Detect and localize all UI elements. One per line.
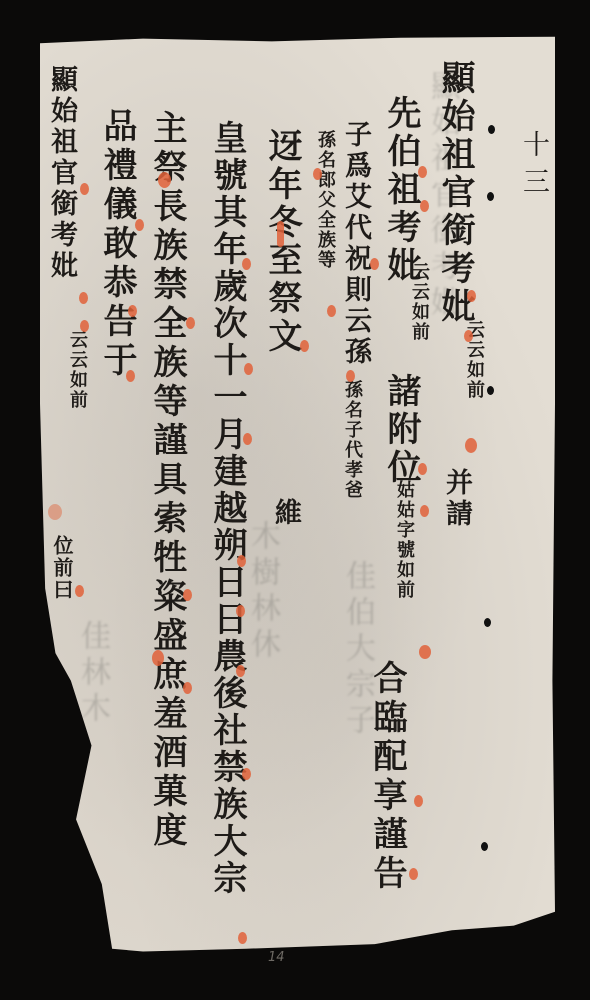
binding-hole [487, 386, 494, 395]
red-punctuation-mark [80, 183, 89, 195]
red-punctuation-mark [236, 605, 245, 617]
red-punctuation-mark [300, 340, 309, 352]
red-punctuation-mark [420, 505, 429, 517]
red-punctuation-mark [242, 768, 251, 780]
red-punctuation-mark [158, 172, 171, 188]
red-punctuation-mark [419, 645, 431, 659]
red-punctuation-mark [186, 317, 195, 329]
red-punctuation-mark [238, 932, 247, 944]
binding-hole [484, 618, 491, 627]
red-punctuation-mark [346, 370, 355, 382]
red-punctuation-mark [418, 166, 427, 178]
column-2-tail-end: 合臨配享謹告 [370, 660, 404, 894]
red-punctuation-mark [152, 650, 164, 666]
red-punctuation-mark [370, 258, 379, 270]
column-2-tail-main: 諸附位 [384, 373, 418, 487]
red-punctuation-mark [464, 330, 473, 342]
column-8-main: 品禮儀敢恭告于 [100, 108, 134, 381]
bleed-through-text: 佳林木 [70, 620, 114, 728]
red-punctuation-mark [183, 589, 192, 601]
binding-hole [488, 125, 495, 134]
red-punctuation-mark [420, 200, 429, 212]
red-punctuation-mark [327, 305, 336, 317]
red-punctuation-mark [243, 433, 252, 445]
red-punctuation-mark [313, 168, 322, 180]
red-punctuation-mark [79, 292, 88, 304]
red-punctuation-mark [75, 585, 84, 597]
binding-hole [487, 192, 494, 201]
column-3-note: 孫名子代孝爸 [343, 380, 361, 500]
column-3-main: 子爲艾代祝則云孫 [342, 120, 369, 368]
red-punctuation-mark [418, 463, 427, 475]
column-1-main: 顯始祖官銜考妣 [438, 60, 472, 326]
column-6-main: 皇號其年歲次十一月建越朔日日農後社禁族大宗 [210, 120, 244, 897]
red-punctuation-mark [183, 682, 192, 694]
column-2-annotation: 云云如前 [410, 262, 428, 342]
column-7-main: 主祭長族禁全族等謹具索牲粢盛庶羞酒菓度 [150, 110, 184, 851]
column-1-tail: 并請 [443, 468, 470, 530]
red-punctuation-mark [409, 868, 418, 880]
column-9-annotation: 云云如前 [68, 330, 86, 410]
column-2-tail-note: 姑姑字號如前 [395, 480, 413, 600]
red-punctuation-mark [244, 363, 253, 375]
column-4-main: 孫名郎父全族等 [316, 130, 334, 270]
red-punctuation-mark [277, 221, 284, 247]
column-5-tail: 維 [272, 498, 299, 529]
column-10-main: 位前曰 [52, 535, 72, 601]
column-9-main: 顯始祖官銜考妣 [48, 65, 75, 282]
column-2-main: 先伯祖考妣 [384, 95, 418, 285]
red-punctuation-mark [242, 258, 251, 270]
binding-hole [481, 842, 488, 851]
red-punctuation-mark [236, 665, 245, 677]
red-punctuation-mark [128, 305, 137, 317]
folio-number: 14 [268, 950, 285, 965]
red-punctuation-mark [465, 438, 477, 453]
red-punctuation-mark [135, 219, 144, 231]
red-punctuation-mark [126, 370, 135, 382]
red-punctuation-mark [80, 320, 89, 332]
page-number: 十三 [520, 130, 547, 204]
red-punctuation-mark [237, 555, 246, 567]
red-punctuation-mark [414, 795, 423, 807]
red-punctuation-mark [467, 290, 476, 302]
red-punctuation-mark [48, 504, 62, 520]
